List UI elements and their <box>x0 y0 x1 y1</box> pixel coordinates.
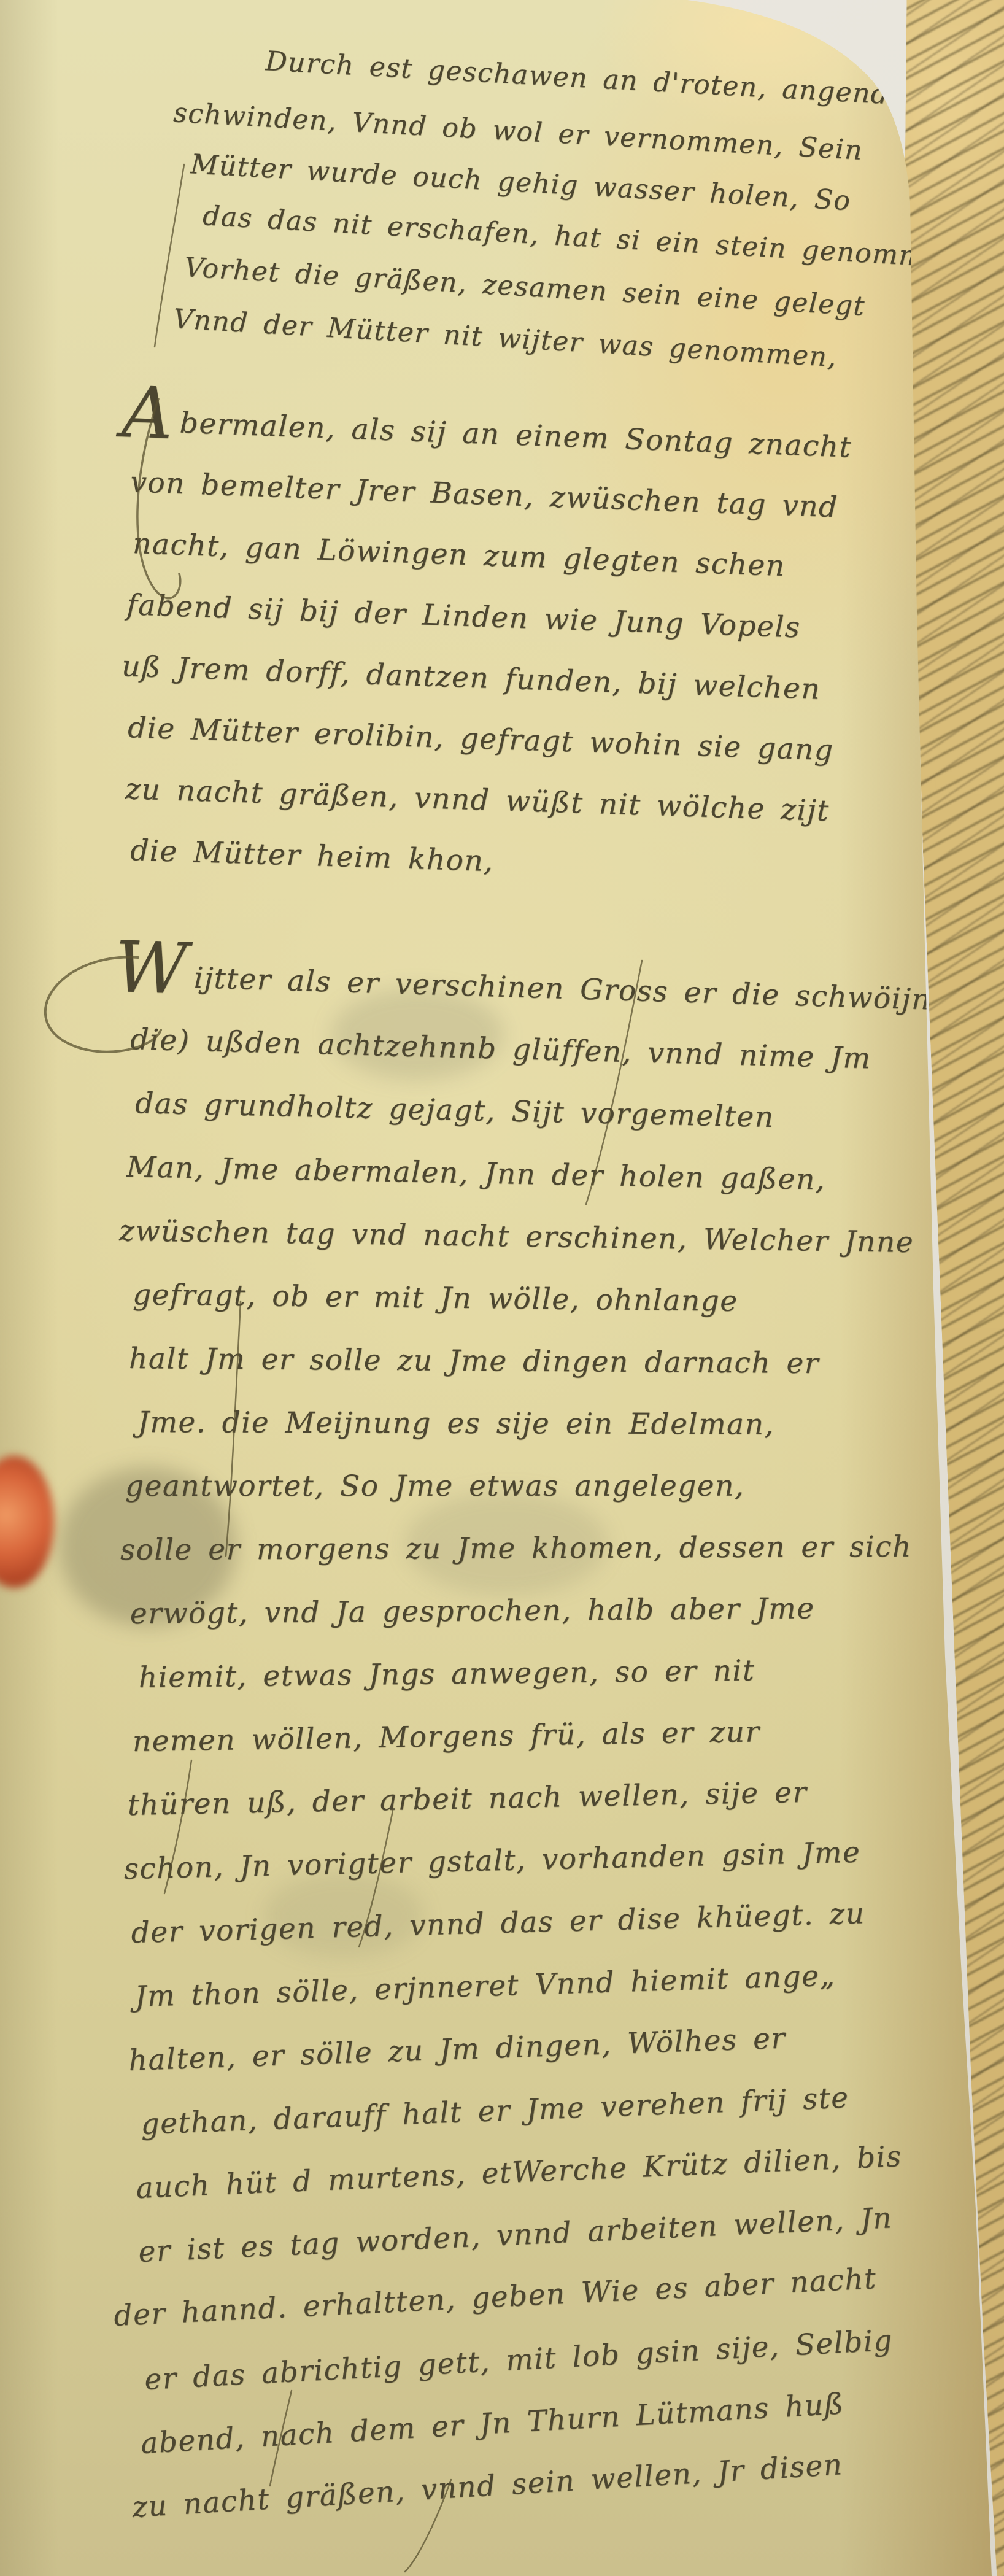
manuscript-line: Jme. die Meijnung es sije ein Edelman, <box>137 1391 887 1457</box>
manuscript-line: erwögt, vnd Ja gesprochen, halb aber Jme <box>130 1576 888 1646</box>
photo-of-open-book: Durch est geschawen an d'roten, angendts… <box>0 0 1004 2576</box>
manuscript-line: zwüschen tag vnd nacht erschinen, Welche… <box>118 1199 887 1274</box>
paragraph-1: Durch est geschawen an d'roten, angendts… <box>173 36 873 345</box>
manuscript-line: halt Jm er solle zu Jme dingen darnach e… <box>129 1327 888 1396</box>
manuscript-line: solle er morgens zu Jme khomen, dessen e… <box>120 1515 887 1582</box>
flourished-initial: W <box>115 967 188 970</box>
handwritten-text-layer: Durch est geschawen an d'roten, angendts… <box>0 0 1004 2576</box>
manuscript-line: gefragt, ob er mit Jn wölle, ohnlange <box>133 1263 888 1335</box>
paragraph-2: Abermalen, als sij an einem Sontag znach… <box>122 390 858 881</box>
flourished-initial: A <box>122 412 174 414</box>
manuscript-line: geantwortet, So Jme etwas angelegen, <box>125 1455 887 1518</box>
manuscript-page: Durch est geschawen an d'roten, angendts… <box>0 0 1004 2576</box>
paragraph-3: Wijtter als er verschinen Gross er die s… <box>114 944 887 2540</box>
manuscript-line: hiemit, etwas Jngs anwegen, so er nit <box>138 1638 887 1710</box>
